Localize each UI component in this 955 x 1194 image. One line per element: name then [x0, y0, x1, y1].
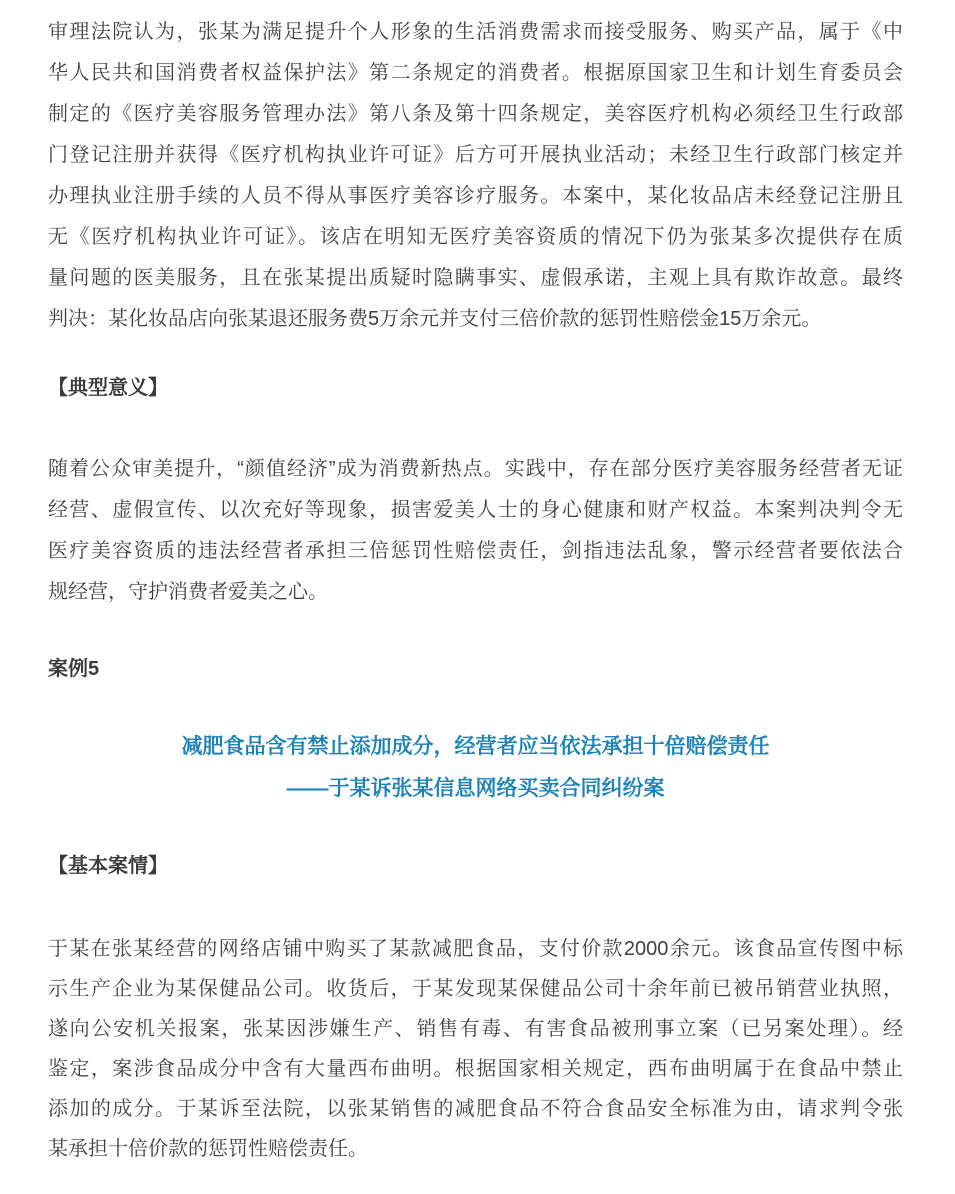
paragraph-line: 门登记注册并获得《医疗机构执业许可证》后方可开展执业活动；未经卫生行政部门核定并 — [48, 135, 903, 176]
case-title-line2: ——于某诉张某信息网络买卖合同纠纷案 — [48, 768, 903, 810]
paragraph-line: 无《医疗机构执业许可证》。该店在明知无医疗美容资质的情况下仍为张某多次提供存在质 — [48, 217, 903, 258]
paragraph-line: 量问题的医美服务，且在张某提出质疑时隐瞒事实、虚假承诺，主观上具有欺诈故意。最终 — [48, 258, 903, 299]
paragraph-line: 制定的《医疗美容服务管理办法》第八条及第十四条规定，美容医疗机构必须经卫生行政部 — [48, 94, 903, 135]
paragraph-line: 示生产企业为某保健品公司。收货后，于某发现某保健品公司十余年前已被吊销营业执照， — [48, 969, 903, 1009]
case-number-label: 案例5 — [48, 649, 903, 690]
paragraph-line: 遂向公安机关报案，张某因涉嫌生产、销售有毒、有害食品被刑事立案（已另案处理）。经 — [48, 1009, 903, 1049]
paragraph-line: 规经营，守护消费者爱美之心。 — [48, 572, 903, 613]
paragraph-line: 某承担十倍价款的惩罚性赔偿责任。 — [48, 1129, 903, 1169]
case-title: 减肥食品含有禁止添加成分，经营者应当依法承担十倍赔偿责任 ——于某诉张某信息网络… — [48, 726, 903, 810]
paragraph-line: 随着公众审美提升，“颜值经济”成为消费新热点。实践中，存在部分医疗美容服务经营者… — [48, 449, 903, 490]
paragraph-line: 审理法院认为，张某为满足提升个人形象的生活消费需求而接受服务、购买产品，属于《中 — [48, 12, 903, 53]
paragraph-line: 华人民共和国消费者权益保护法》第二条规定的消费者。根据原国家卫生和计划生育委员会 — [48, 53, 903, 94]
basic-facts-paragraph: 于某在张某经营的网络店铺中购买了某款减肥食品，支付价款2000余元。该食品宣传图… — [48, 929, 903, 1169]
paragraph-line: 于某在张某经营的网络店铺中购买了某款减肥食品，支付价款2000余元。该食品宣传图… — [48, 929, 903, 969]
paragraph-line: 经营、虚假宣传、以次充好等现象，损害爱美人士的身心健康和财产权益。本案判决判令无 — [48, 490, 903, 531]
case-title-line1: 减肥食品含有禁止添加成分，经营者应当依法承担十倍赔偿责任 — [48, 726, 903, 768]
paragraph-line: 医疗美容资质的违法经营者承担三倍惩罚性赔偿责任，剑指违法乱象，警示经营者要依法合 — [48, 531, 903, 572]
paragraph-line: 判决：某化妆品店向张某退还服务费5万余元并支付三倍价款的惩罚性赔偿金15万余元。 — [48, 299, 903, 340]
paragraph-line: 办理执业注册手续的人员不得从事医疗美容诊疗服务。本案中，某化妆品店未经登记注册且 — [48, 176, 903, 217]
paragraph-line: 鉴定，案涉食品成分中含有大量西布曲明。根据国家相关规定，西布曲明属于在食品中禁止 — [48, 1049, 903, 1089]
document-page: 审理法院认为，张某为满足提升个人形象的生活消费需求而接受服务、购买产品，属于《中… — [0, 0, 955, 1169]
paragraph-line: 添加的成分。于某诉至法院，以张某销售的减肥食品不符合食品安全标准为由，请求判令张 — [48, 1089, 903, 1129]
ruling-paragraph: 审理法院认为，张某为满足提升个人形象的生活消费需求而接受服务、购买产品，属于《中… — [48, 12, 903, 340]
significance-heading: 【典型意义】 — [48, 368, 903, 409]
significance-paragraph: 随着公众审美提升，“颜值经济”成为消费新热点。实践中，存在部分医疗美容服务经营者… — [48, 449, 903, 613]
basic-facts-heading: 【基本案情】 — [48, 846, 903, 887]
